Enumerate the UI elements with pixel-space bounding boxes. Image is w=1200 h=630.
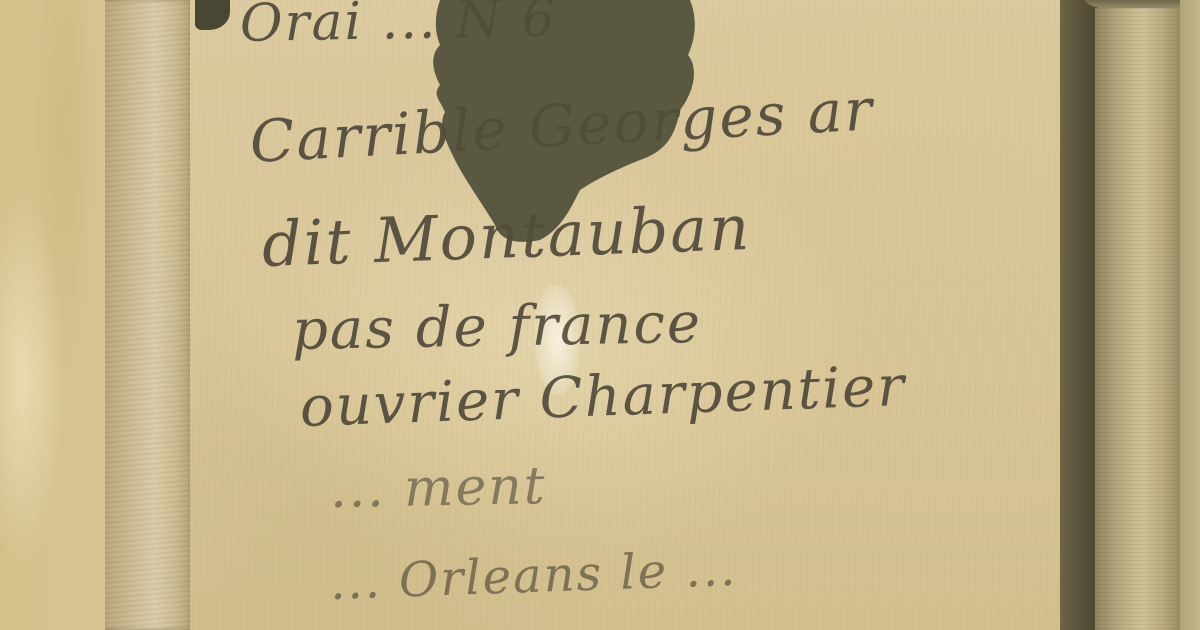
inscription-line-7: ... Orleans le ... <box>329 541 738 611</box>
column-recess-shadow <box>1060 0 1100 630</box>
right-column <box>1095 8 1180 630</box>
inscription-line-4: pas de france <box>291 291 702 363</box>
inscription-line-3: dit Montauban <box>261 191 753 281</box>
right-wall-edge <box>1180 0 1200 630</box>
graffiti-inscription: Orai ... N 6 Carrible Georges ar dit Mon… <box>0 0 1200 630</box>
inscription-line-5: ouvrier Charpentier <box>299 354 907 440</box>
inscription-line-2: Carrible Georges ar <box>248 75 875 176</box>
inscription-line-6: ... ment <box>329 456 547 520</box>
inscription-line-1: Orai ... N 6 <box>239 0 557 54</box>
photo-scene: Orai ... N 6 Carrible Georges ar dit Mon… <box>0 0 1200 630</box>
